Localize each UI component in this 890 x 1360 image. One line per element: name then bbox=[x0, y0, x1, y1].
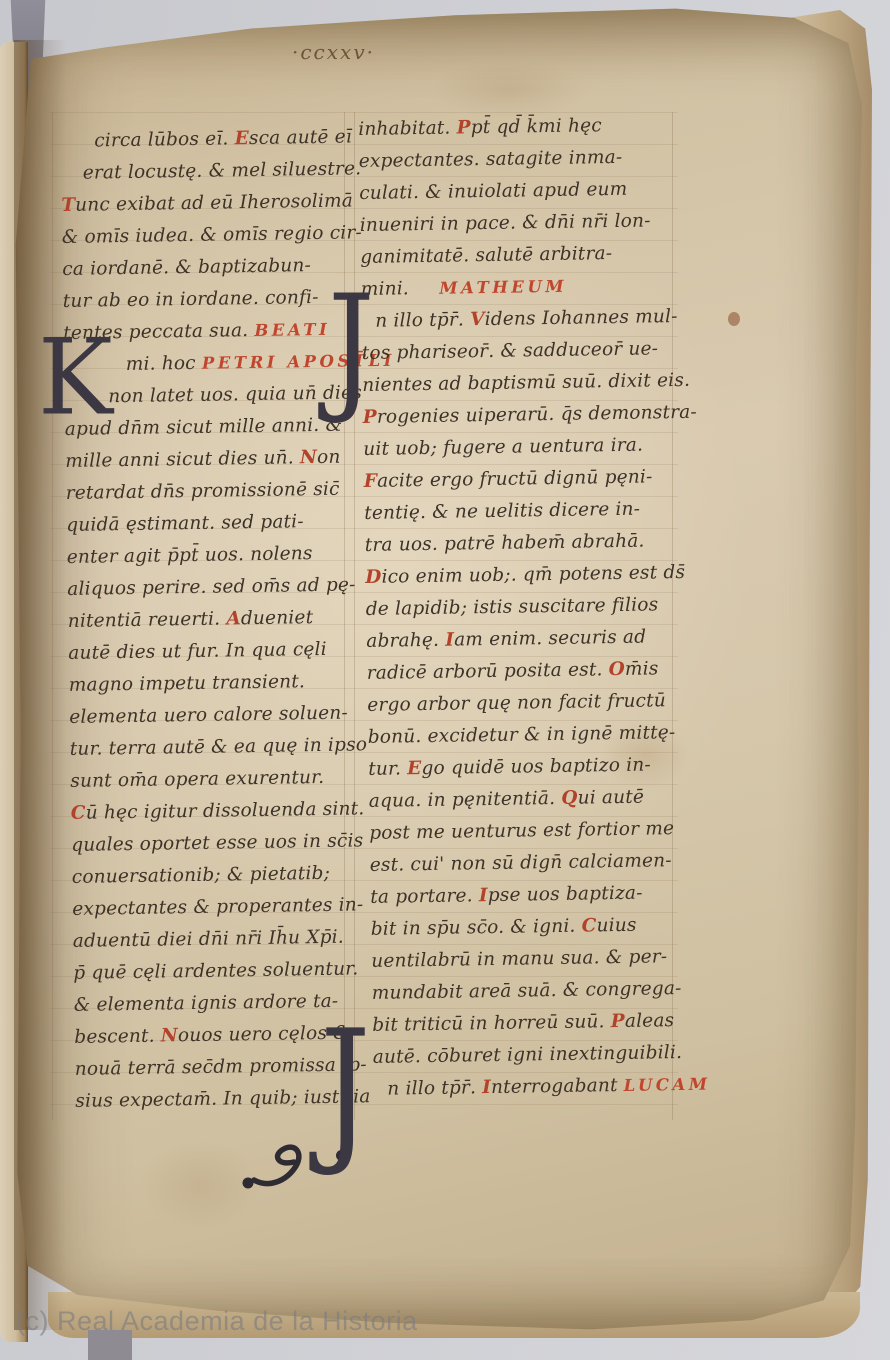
text-segment: tos phariseor̄. & sadduceor̄ ue- bbox=[362, 338, 659, 364]
text-segment: N bbox=[300, 447, 317, 468]
initial-k-karissimi: K bbox=[38, 336, 113, 420]
text-segment: P bbox=[456, 117, 470, 138]
folio-number: ·ccxxv· bbox=[292, 40, 375, 64]
manuscript-line: & omīs iudea. & omīs regio cir- bbox=[62, 217, 354, 254]
manuscript-line: est. cui' non sū dign̄ calciamen- bbox=[370, 845, 690, 882]
manuscript-line: culati. & inuiolati apud eum bbox=[359, 173, 679, 210]
text-segment: abrahę. bbox=[366, 630, 445, 652]
text-segment: am enim. securis ad bbox=[454, 627, 646, 651]
manuscript-line: autē. cōburet igni inextinguibili. bbox=[373, 1037, 693, 1074]
manuscript-line: expectantes. satagite inma- bbox=[359, 141, 679, 178]
manuscript-line: n illo tp̄r̄. Videns Iohannes mul- bbox=[361, 301, 681, 338]
text-segment: uentilabrū in manu sua. & per- bbox=[371, 946, 667, 972]
text-segment: mille anni sicut dies un̄. bbox=[65, 447, 300, 472]
text-column-right: inhabitat. Ppt̄ qd̄ k̄mi hęcexpectantes.… bbox=[358, 109, 694, 1106]
text-segment: p̄ quē cęli ardentes soluentur. bbox=[73, 958, 358, 983]
text-column-left: circa lūbos eī. Esca autē eīerat locustę… bbox=[60, 121, 368, 1117]
manuscript-line: aliquos perire. sed om̄s ad pę- bbox=[67, 569, 359, 606]
text-segment: go quidē uos baptizo in- bbox=[421, 754, 651, 779]
text-segment: uit uob; fugere a uentura ira. bbox=[363, 435, 643, 460]
manuscript-line: elementa uero calore soluen- bbox=[69, 697, 361, 734]
text-segment: nterrogabant bbox=[491, 1075, 624, 1098]
text-segment: bit in sp̄u sc̄o. & igni. bbox=[371, 916, 582, 940]
manuscript-line: bit in sp̄u sc̄o. & igni. Cuius bbox=[371, 909, 691, 946]
text-segment: on bbox=[317, 447, 341, 468]
text-segment: post me uenturus est fortior me bbox=[369, 818, 674, 844]
text-segment: magno impetu transient. bbox=[69, 671, 306, 696]
text-segment: n illo tp̄r̄. bbox=[387, 1077, 482, 1099]
text-segment: D bbox=[365, 567, 382, 588]
text-segment: I bbox=[445, 630, 454, 651]
manuscript-line: mundabit areā suā. & congrega- bbox=[372, 973, 692, 1010]
text-segment: tentię. & ne uelitis dicere in- bbox=[364, 499, 640, 524]
manuscript-line: ergo arbor quę non facit fructū bbox=[367, 685, 687, 722]
text-segment: V bbox=[470, 309, 485, 330]
text-segment: aduentū diei dn̄i nr̄i Ih̄u Xp̄i. bbox=[73, 927, 344, 952]
manuscript-line: inueniri in pace. & dn̄i nr̄i lon- bbox=[360, 205, 680, 242]
manuscript-line: ta portare. Ipse uos baptiza- bbox=[370, 877, 690, 914]
manuscript-line: tra uos. patrē habem̄ abrahā. bbox=[365, 525, 685, 562]
text-segment: ca iordanē. & baptizabun- bbox=[62, 255, 311, 280]
text-segment: unc exibat ad eū Iherosolimā bbox=[75, 190, 353, 215]
rubric-text: MATHEUM bbox=[439, 277, 567, 298]
text-segment: radicē arborū posita est. bbox=[367, 659, 609, 684]
text-segment: est. cui' non sū dign̄ calciamen- bbox=[370, 850, 672, 876]
manuscript-line: abrahę. Iam enim. securis ad bbox=[366, 621, 686, 658]
manuscript-line: de lapidib; istis suscitare filios bbox=[366, 589, 686, 626]
text-segment: quales oportet esse uos in sc̄is bbox=[71, 830, 363, 856]
text-segment: quidā ęstimant. sed pati- bbox=[66, 511, 304, 536]
text-segment: & omīs iudea. & omīs regio cir- bbox=[62, 222, 362, 248]
text-segment: I bbox=[482, 1077, 491, 1098]
text-segment: m̄is bbox=[625, 658, 659, 680]
text-segment: mi. hoc bbox=[126, 353, 202, 375]
text-segment: expectantes. satagite inma- bbox=[359, 147, 623, 172]
text-segment: acite ergo fructū dignū pęni- bbox=[377, 466, 653, 491]
text-segment: aliquos perire. sed om̄s ad pę- bbox=[67, 574, 356, 600]
text-segment: Q bbox=[561, 788, 578, 809]
rubric-text: LUCAM bbox=[624, 1075, 711, 1095]
text-segment: tur ab eo in iordane. confi- bbox=[63, 287, 319, 312]
text-segment: uius bbox=[596, 915, 636, 937]
manuscript-line: conuersationib; & pietatib; bbox=[72, 857, 364, 894]
text-segment: E bbox=[407, 758, 422, 779]
text-segment: sca autē eī bbox=[249, 126, 352, 149]
text-segment: autē. cōburet igni inextinguibili. bbox=[373, 1042, 683, 1068]
text-segment: bit triticū in horreū suū. bbox=[372, 1011, 611, 1036]
text-segment: erat locustę. & mel siluestre. bbox=[83, 158, 362, 183]
text-segment: circa lūbos eī. bbox=[94, 128, 235, 151]
text-segment: inhabitat. bbox=[358, 117, 457, 140]
text-segment: sunt om̄a opera exurentur. bbox=[70, 767, 324, 792]
manuscript-line: Dico enim uob;. qm̄ potens est ds̄ bbox=[365, 557, 685, 594]
text-segment: O bbox=[608, 659, 625, 680]
text-segment: de lapidib; istis suscitare filios bbox=[366, 594, 659, 620]
text-segment: bescent. bbox=[74, 1026, 161, 1048]
manuscript-line: Facite ergo fructū dignū pęni- bbox=[364, 461, 684, 498]
manuscript-line: mille anni sicut dies un̄. Non bbox=[65, 441, 357, 478]
manuscript-line: aduentū diei dn̄i nr̄i Ih̄u Xp̄i. bbox=[73, 921, 365, 958]
text-segment: non latet uos. quia un̄ dies bbox=[108, 382, 362, 407]
manuscript-line: sunt om̄a opera exurentur. bbox=[70, 761, 362, 798]
manuscript-line: aqua. in pęnitentiā. Qui autē bbox=[369, 781, 689, 818]
manuscript-line: tur. Ego quidē uos baptizo in- bbox=[368, 749, 688, 786]
manuscript-line: quales oportet esse uos in sc̄is bbox=[71, 825, 363, 862]
text-segment: aqua. in pęnitentiā. bbox=[369, 788, 562, 812]
manuscript-line: expectantes & properantes in- bbox=[72, 889, 364, 926]
text-segment: N bbox=[161, 1025, 178, 1046]
manuscript-line: Tunc exibat ad eū Iherosolimā bbox=[61, 185, 353, 222]
manuscript-line: Cū hęc igitur dissoluenda sint. bbox=[71, 793, 363, 830]
manuscript-line: tur ab eo in iordane. confi- bbox=[63, 281, 355, 318]
manuscript-line: uit uob; fugere a uentura ira. bbox=[363, 429, 683, 466]
text-segment: expectantes & properantes in- bbox=[72, 894, 363, 920]
text-segment: idens Iohannes mul- bbox=[485, 306, 678, 330]
text-segment: mundabit areā suā. & congrega- bbox=[372, 978, 682, 1004]
manuscript-line: bit triticū in horreū suū. Paleas bbox=[372, 1005, 692, 1042]
text-segment: P bbox=[611, 1011, 625, 1032]
manuscript-line: tos phariseor̄. & sadduceor̄ ue- bbox=[362, 333, 682, 370]
text-segment: tur. bbox=[368, 758, 407, 780]
text-segment: dueniet bbox=[241, 607, 314, 629]
manuscript-line: nientes ad baptismū suū. dixit eis. bbox=[362, 365, 682, 402]
initial-i-in-illo-lower: J bbox=[320, 1026, 371, 1152]
text-segment: F bbox=[364, 471, 378, 492]
manuscript-line: inhabitat. Ppt̄ qd̄ k̄mi hęc bbox=[358, 109, 678, 146]
manuscript-line: uentilabrū in manu sua. & per- bbox=[371, 941, 691, 978]
manuscript-line: radicē arborū posita est. Om̄is bbox=[367, 653, 687, 690]
text-segment: ta portare. bbox=[370, 885, 479, 908]
text-segment: T bbox=[61, 195, 75, 216]
text-segment: tra uos. patrē habem̄ abrahā. bbox=[365, 531, 645, 556]
manuscript-line: magno impetu transient. bbox=[69, 665, 361, 702]
text-segment: aleas bbox=[625, 1010, 675, 1032]
text-segment: rogenies uiperarū. q̄s demonstra- bbox=[377, 402, 697, 428]
text-segment: ergo arbor quę non facit fructū bbox=[367, 690, 666, 716]
manuscript-line: mini. MATHEUM bbox=[361, 269, 681, 306]
manuscript-line: enter agit p̄pt̄ uos. nolens bbox=[67, 537, 359, 574]
text-segment: n illo tp̄r̄. bbox=[375, 309, 470, 331]
manuscript-line: Progenies uiperarū. q̄s demonstra- bbox=[363, 397, 683, 434]
text-segment: pt̄ qd̄ k̄mi hęc bbox=[471, 115, 602, 138]
manuscript-line: autē dies ut fur. In qua cęli bbox=[68, 633, 360, 670]
text-segment: ganimitatē. salutē arbitra- bbox=[360, 243, 612, 268]
text-segment: nitentiā reuerti. bbox=[68, 608, 227, 631]
text-segment: ui autē bbox=[577, 787, 644, 809]
text-segment: C bbox=[71, 803, 86, 824]
manuscript-line: nitentiā reuerti. Adueniet bbox=[68, 601, 360, 638]
text-segment: enter agit p̄pt̄ uos. nolens bbox=[67, 543, 313, 568]
text-segment: pse uos baptiza- bbox=[488, 883, 643, 906]
text-segment: nientes ad baptismū suū. dixit eis. bbox=[362, 370, 690, 396]
manuscript-line: p̄ quē cęli ardentes soluentur. bbox=[73, 953, 365, 990]
manuscript-line: bonū. excidetur & in ignē mittę- bbox=[368, 717, 688, 754]
manuscript-line: post me uenturus est fortior me bbox=[369, 813, 689, 850]
manuscript-line: n illo tp̄r̄. Interrogabant LUCAM bbox=[373, 1069, 693, 1106]
text-segment: autē dies ut fur. In qua cęli bbox=[68, 639, 327, 664]
text-segment: culati. & inuiolati apud eum bbox=[359, 179, 627, 204]
text-segment: ico enim uob;. qm̄ potens est ds̄ bbox=[381, 562, 685, 588]
text-segment: C bbox=[581, 915, 596, 936]
rubric-text: BEATI bbox=[254, 320, 330, 340]
text-segment: & elementa ignis ardore ta- bbox=[74, 991, 339, 1016]
manuscript-line: retardat dn̄s promissionē sic̄ bbox=[66, 473, 358, 510]
text-segment: bonū. excidetur & in ignē mittę- bbox=[368, 722, 676, 748]
manuscript-line: quidā ęstimant. sed pati- bbox=[66, 505, 358, 542]
manuscript-line: tur. terra autē & ea quę in ipso bbox=[70, 729, 362, 766]
text-segment: E bbox=[234, 128, 249, 149]
text-segment: retardat dn̄s promissionē sic̄ bbox=[66, 479, 340, 504]
manuscript-line: ganimitatē. salutē arbitra- bbox=[360, 237, 680, 274]
manuscript-line: circa lūbos eī. Esca autē eī bbox=[60, 121, 352, 158]
manuscript-line: erat locustę. & mel siluestre. bbox=[61, 153, 353, 190]
manuscript-line: tentię. & ne uelitis dicere in- bbox=[364, 493, 684, 530]
manuscript-line: ca iordanē. & baptizabun- bbox=[62, 249, 354, 286]
initial-i-in-illo-upper: J bbox=[328, 292, 375, 403]
manuscript-photograph: ·ccxxv· circa lūbos eī. Esca autē eīerat… bbox=[0, 0, 890, 1360]
text-segment: A bbox=[226, 608, 241, 629]
text-segment: ū hęc igitur dissoluenda sint. bbox=[86, 798, 365, 823]
text-segment: inueniri in pace. & dn̄i nr̄i lon- bbox=[360, 210, 651, 236]
text-segment: tur. terra autē & ea quę in ipso bbox=[70, 734, 368, 760]
text-segment: elementa uero calore soluen- bbox=[69, 703, 348, 728]
watermark-credit: (c) Real Academia de la Historia bbox=[16, 1306, 418, 1337]
text-segment: conuersationib; & pietatib; bbox=[72, 863, 331, 888]
quire-flourish-mark bbox=[238, 1126, 330, 1196]
